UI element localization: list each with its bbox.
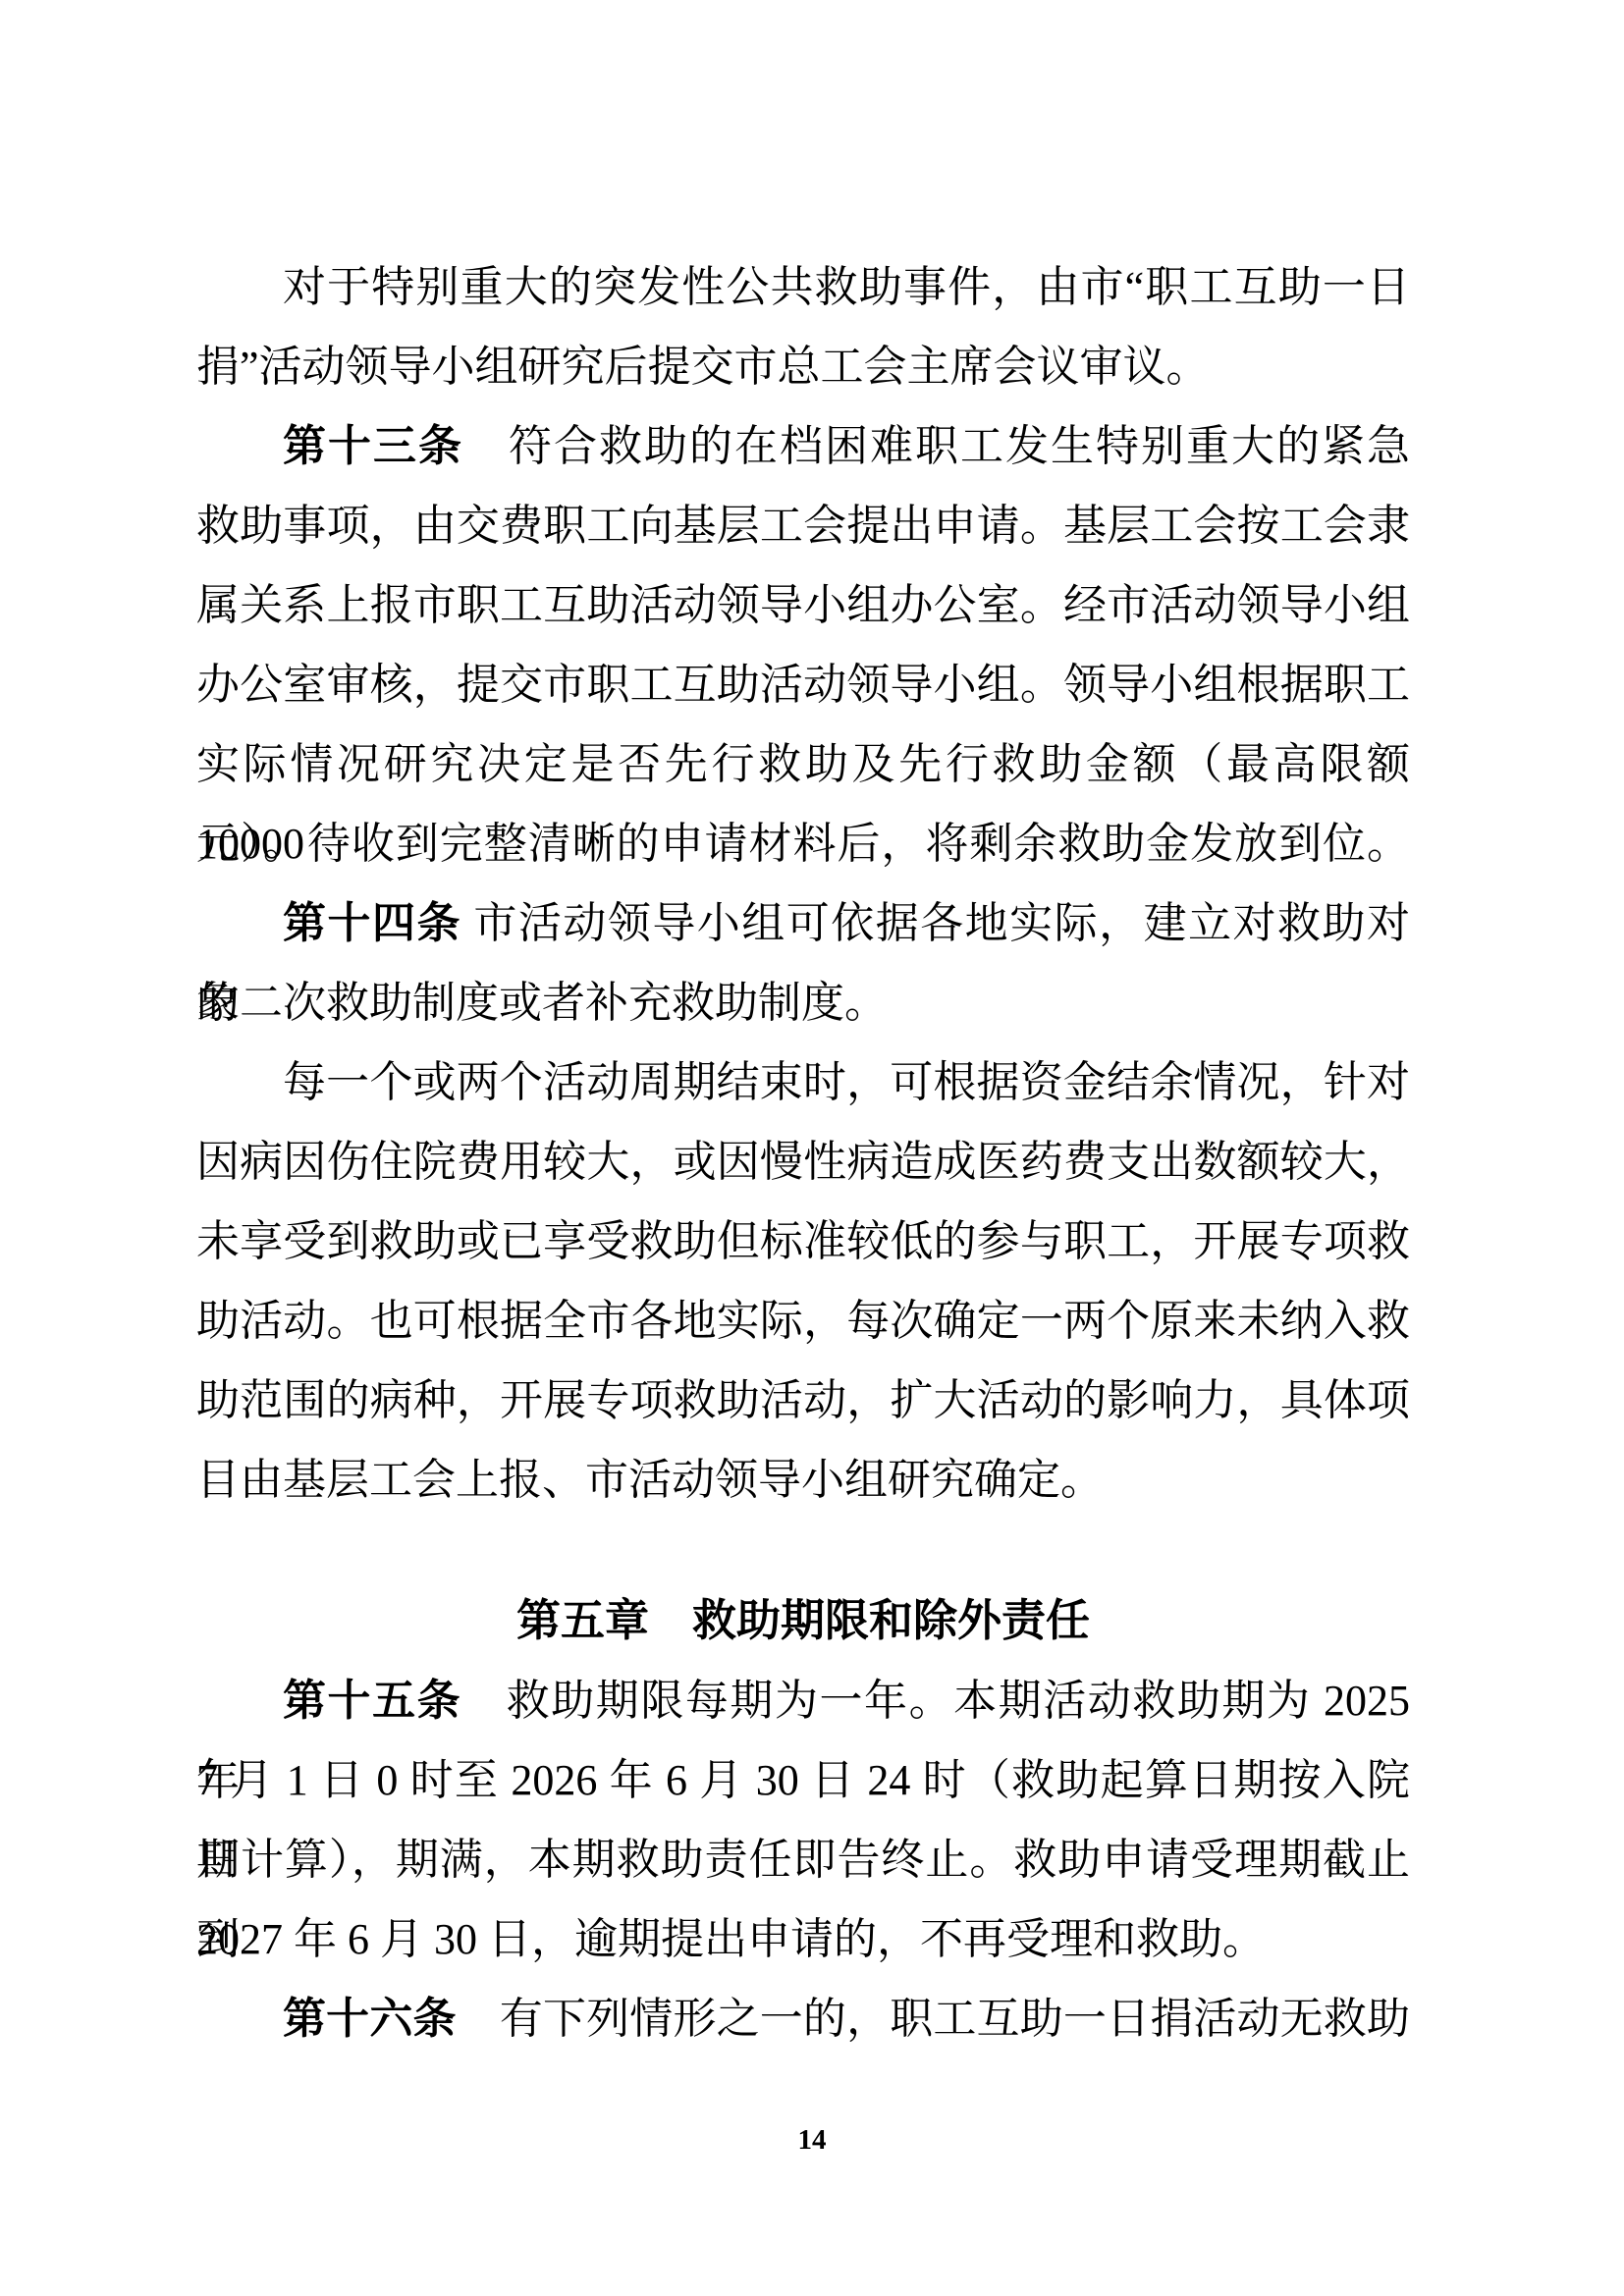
paragraph-line: 助范围的病种，开展专项救助活动，扩大活动的影响力，具体项: [196, 1361, 1410, 1440]
page-number: 14: [0, 2120, 1624, 2160]
article-number: 第十五条: [283, 1677, 461, 1725]
paragraph-line: 期计算），期满，本期救助责任即告终止。救助申请受理期截止到: [196, 1820, 1410, 1899]
paragraph-line: 办公室审核，提交市职工互助活动领导小组。领导小组根据职工: [196, 645, 1410, 724]
paragraph-line: 第十三条 符合救助的在档困难职工发生特别重大的紧急: [196, 406, 1410, 486]
document-page: 对于特别重大的突发性公共救助事件，由市“职工互助一日 捐”活动领导小组研究后提交…: [0, 0, 1624, 2296]
paragraph-line: 未享受到救助或已享受救助但标准较低的参与职工，开展专项救: [196, 1201, 1410, 1281]
document-body: 对于特别重大的突发性公共救助事件，由市“职工互助一日 捐”活动领导小组研究后提交…: [196, 247, 1410, 2058]
paragraph-line: 救助事项，由交费职工向基层工会提出申请。基层工会按工会隶: [196, 486, 1410, 565]
paragraph-line: 第十五条 救助期限每期为一年。本期活动救助期为 2025 年: [196, 1661, 1410, 1740]
paragraph-line: 实际情况研究决定是否先行救助及先行救助金额（最高限额 10000: [196, 724, 1410, 804]
article-number: 第十六条: [283, 1995, 457, 2043]
paragraph-line: 捐”活动领导小组研究后提交市总工会主席会议审议。: [196, 327, 1410, 406]
chapter-heading: 第五章救助期限和除外责任: [196, 1581, 1410, 1661]
chapter-number: 第五章: [516, 1596, 649, 1645]
paragraph-line: 每一个或两个活动周期结束时，可根据资金结余情况，针对: [196, 1042, 1410, 1122]
paragraph-line: 属关系上报市职工互助活动领导小组办公室。经市活动领导小组: [196, 565, 1410, 645]
paragraph-line: 对于特别重大的突发性公共救助事件，由市“职工互助一日: [196, 247, 1410, 327]
paragraph-line: 7 月 1 日 0 时至 2026 年 6 月 30 日 24 时（救助起算日期…: [196, 1740, 1410, 1820]
paragraph-line: 2027 年 6 月 30 日，逾期提出申请的，不再受理和救助。: [196, 1899, 1410, 1979]
paragraph-line: 第十四条 市活动领导小组可依据各地实际，建立对救助对象: [196, 883, 1410, 963]
paragraph-line: 助活动。也可根据全市各地实际，每次确定一两个原来未纳入救: [196, 1281, 1410, 1361]
paragraph-line: 第十六条 有下列情形之一的，职工互助一日捐活动无救助: [196, 1979, 1410, 2058]
paragraph-line: 因病因伤住院费用较大，或因慢性病造成医药费支出数额较大，: [196, 1122, 1410, 1201]
line-text: 符合救助的在档困难职工发生特别重大的紧急: [463, 422, 1410, 470]
line-text: 有下列情形之一的，职工互助一日捐活动无救助: [457, 1995, 1410, 2043]
chapter-title: 救助期限和除外责任: [692, 1596, 1090, 1645]
article-number: 第十四条: [283, 899, 461, 947]
paragraph-line: 目由基层工会上报、市活动领导小组研究确定。: [196, 1440, 1410, 1520]
paragraph-line: 的二次救助制度或者补充救助制度。: [196, 963, 1410, 1042]
article-number: 第十三条: [283, 422, 463, 470]
paragraph-line: 元）。待收到完整清晰的申请材料后，将剩余救助金发放到位。: [196, 804, 1410, 883]
